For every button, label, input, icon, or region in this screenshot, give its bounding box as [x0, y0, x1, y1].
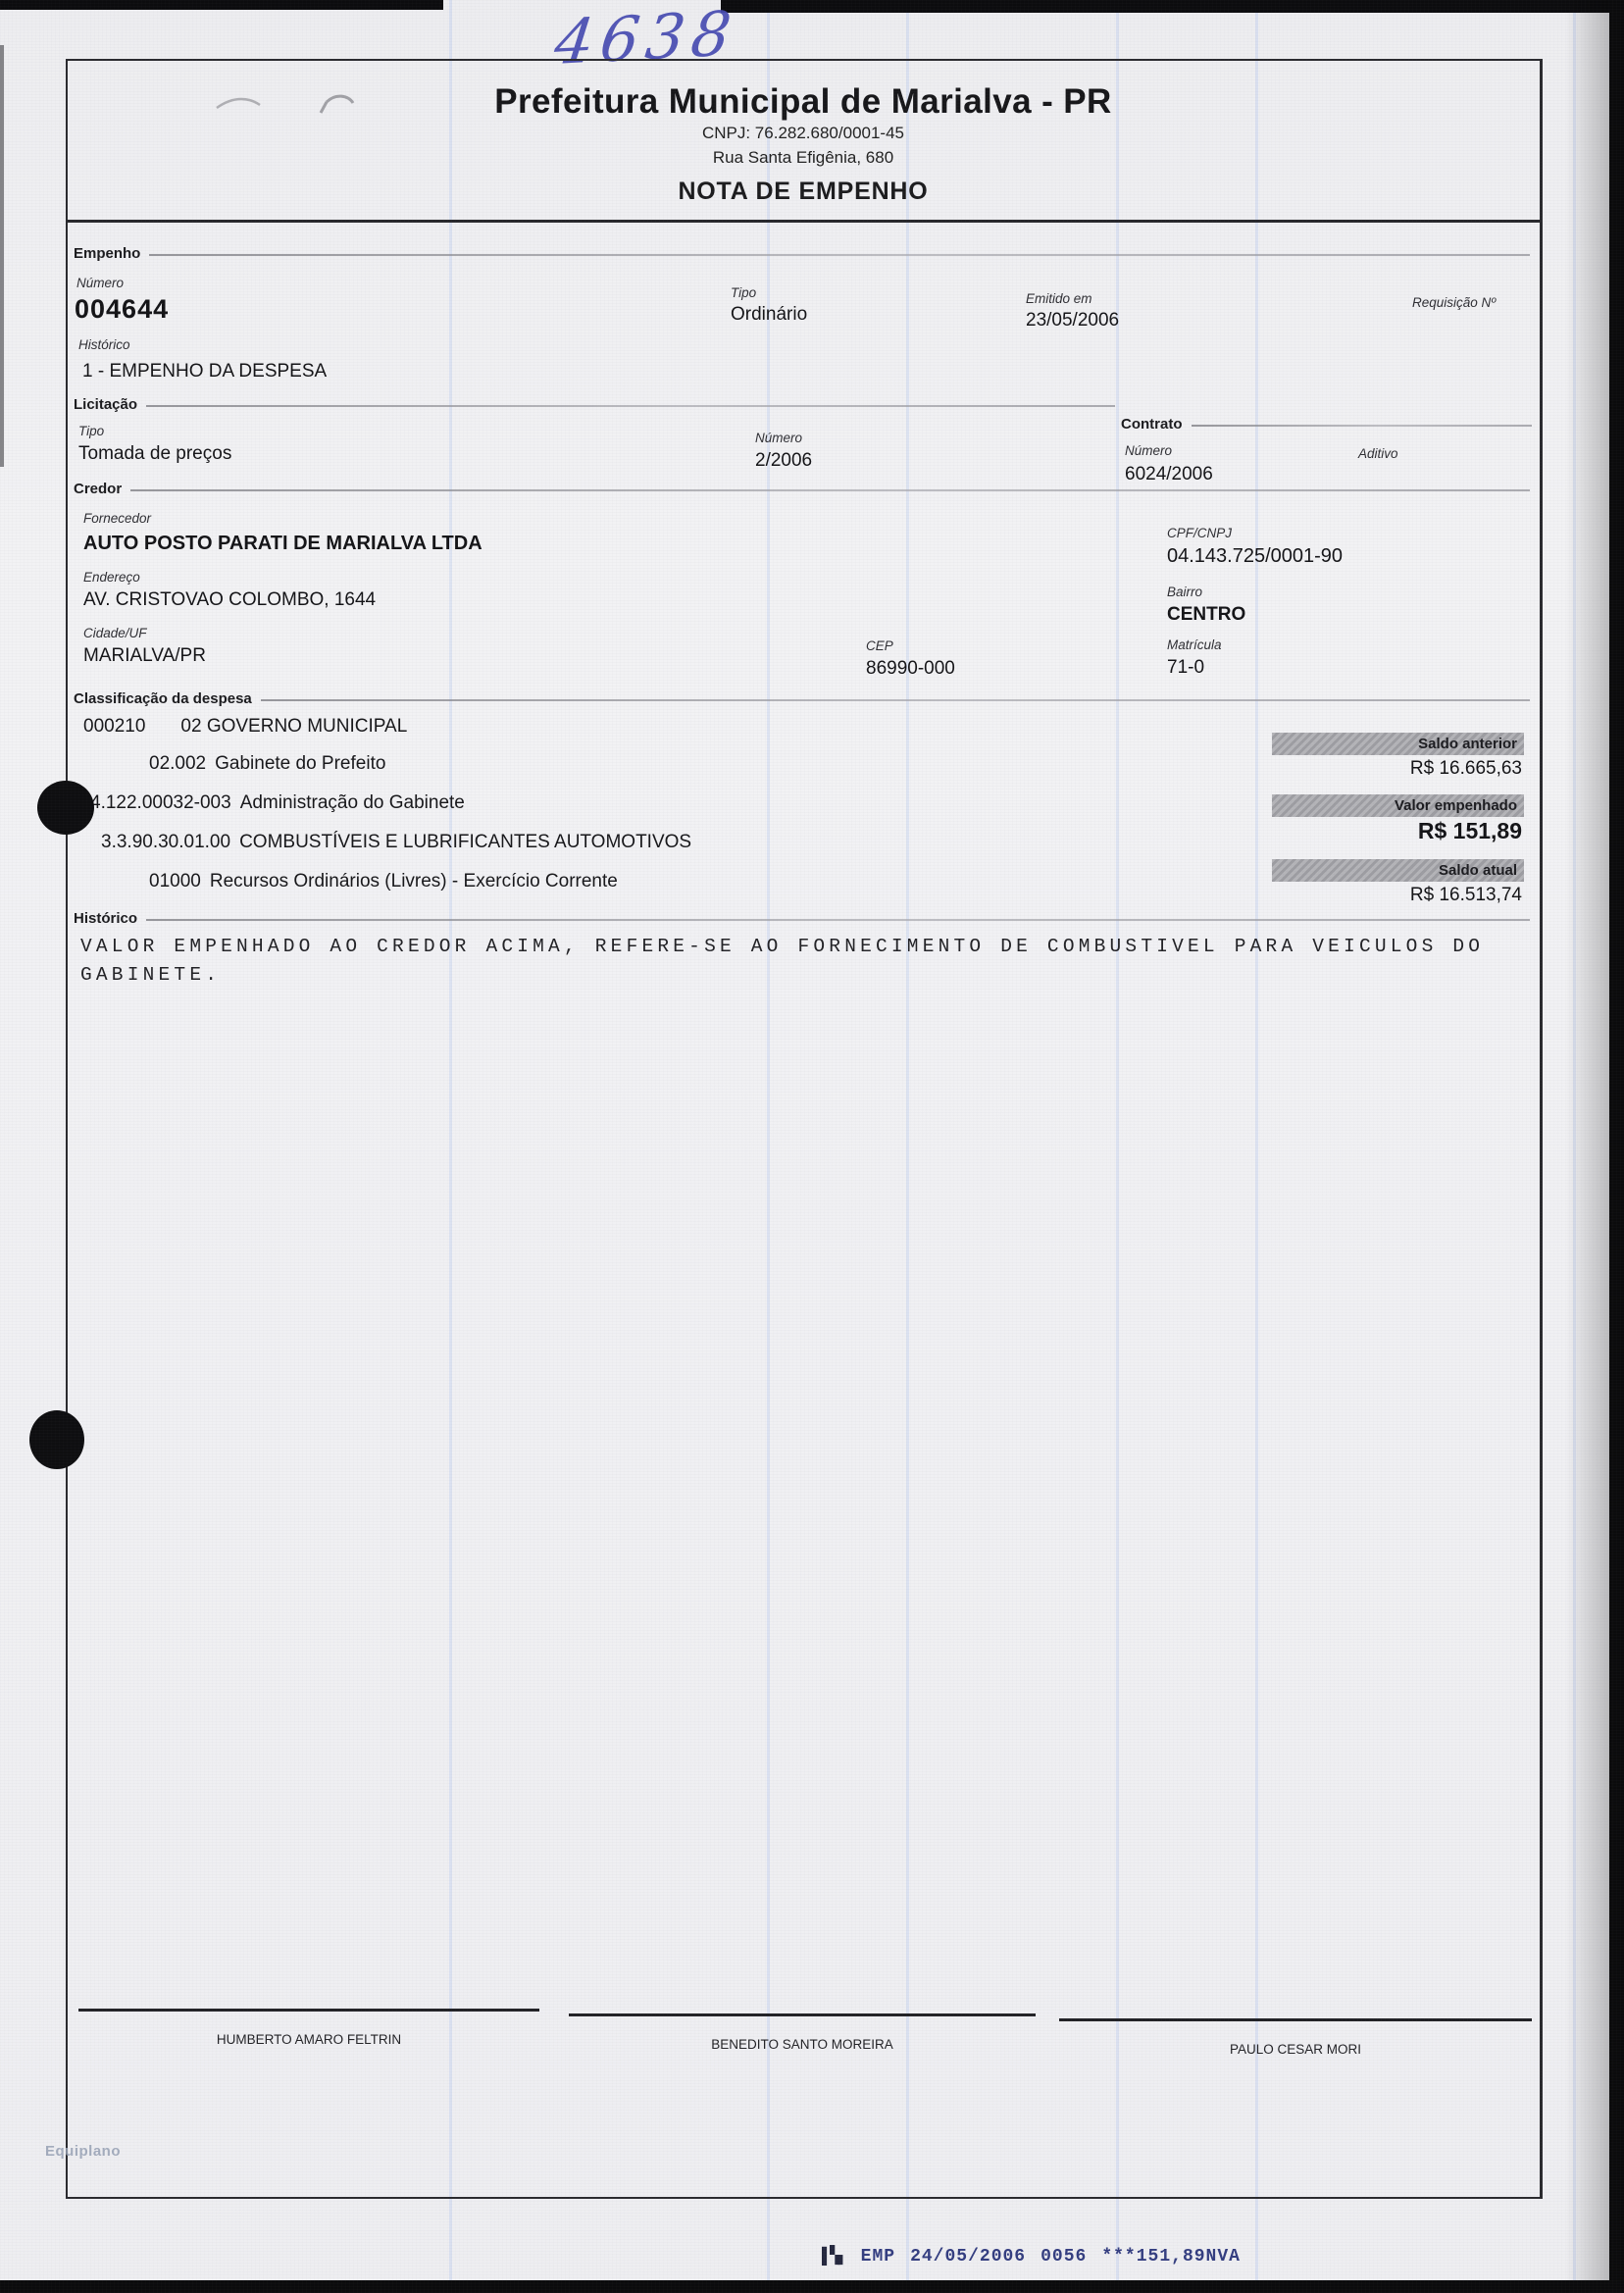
section-rule — [261, 699, 1530, 701]
credor-matricula-label: Matrícula — [1167, 637, 1222, 652]
empenho-emitido-value: 23/05/2006 — [1026, 310, 1119, 331]
licitacao-numero-label: Número — [755, 431, 802, 445]
empenho-emitido-label: Emitido em — [1026, 291, 1092, 306]
saldo-anterior-bar: Saldo anterior — [1272, 733, 1524, 755]
scan-edge-top-right — [721, 0, 1624, 13]
section-rule — [146, 919, 1530, 921]
stamp-logo-mark: ▌▚▖ — [822, 2246, 846, 2267]
scan-edge-left — [0, 45, 4, 467]
scanned-document: 4638 Prefeitura Municipal de Marialva - … — [0, 0, 1624, 2293]
section-classificacao-label: Classificação da despesa — [74, 690, 252, 707]
section-licitacao-label: Licitação — [74, 396, 137, 413]
credor-endereco-value: AV. CRISTOVAO COLOMBO, 1644 — [83, 589, 376, 611]
classificacao-row: 3.3.90.30.01.00COMBUSTÍVEIS E LUBRIFICAN… — [101, 832, 691, 853]
contrato-numero-label: Número — [1125, 443, 1172, 458]
section-empenho-label: Empenho — [74, 245, 140, 262]
credor-bairro-value: CENTRO — [1167, 604, 1245, 626]
stamp-amount: ***151,89NVA — [1101, 2247, 1241, 2267]
credor-cidadeuf-label: Cidade/UF — [83, 626, 147, 640]
classificacao-row: 02.002Gabinete do Prefeito — [149, 753, 385, 775]
credor-matricula-value: 71-0 — [1167, 657, 1204, 679]
credor-bairro-label: Bairro — [1167, 585, 1202, 599]
section-empenho: Empenho — [74, 245, 1530, 262]
section-contrato-label: Contrato — [1121, 416, 1183, 433]
signature-name: BENEDITO SANTO MOREIRA — [569, 2037, 1036, 2052]
section-rule — [1192, 425, 1533, 427]
credor-fornecedor-value: AUTO POSTO PARATI DE MARIALVA LTDA — [83, 533, 482, 555]
credor-cpfcnpj-value: 04.143.725/0001-90 — [1167, 545, 1343, 568]
credor-fornecedor-label: Fornecedor — [83, 511, 151, 526]
licitacao-tipo-label: Tipo — [78, 424, 104, 438]
empenho-historico-value: 1 - EMPENHO DA DESPESA — [82, 361, 327, 382]
header-divider — [66, 220, 1541, 223]
section-historico: Histórico — [74, 910, 1530, 927]
historico-text-line1: VALOR EMPENHADO AO CREDOR ACIMA, REFERE-… — [80, 936, 1484, 957]
scan-edge-right — [1609, 0, 1624, 2293]
stamp-code: 0056 — [1040, 2247, 1087, 2267]
section-licitacao: Licitação — [74, 396, 1115, 413]
credor-cep-label: CEP — [866, 638, 893, 653]
section-rule — [149, 254, 1530, 256]
licitacao-numero-value: 2/2006 — [755, 450, 812, 472]
stamp-date: 24/05/2006 — [910, 2247, 1026, 2267]
classificacao-desc: Administração do Gabinete — [240, 792, 465, 813]
classificacao-row: 01000Recursos Ordinários (Livres) - Exer… — [149, 871, 618, 892]
credor-cep-value: 86990-000 — [866, 658, 955, 680]
empenho-numero-value: 004644 — [75, 294, 169, 325]
scan-edge-bottom — [0, 2280, 1624, 2293]
classificacao-code: 4.122.00032-003 — [90, 792, 231, 813]
credor-cpfcnpj-label: CPF/CNPJ — [1167, 526, 1232, 540]
section-rule — [130, 489, 1530, 491]
classificacao-row: 00021002 GOVERNO MUNICIPAL — [83, 716, 407, 738]
saldo-anterior-value: R$ 16.665,63 — [1410, 758, 1522, 780]
empenho-numero-label: Número — [76, 276, 124, 290]
valor-empenhado-bar: Valor empenhado — [1272, 794, 1524, 817]
equiplano-watermark: Equiplano — [45, 2143, 121, 2160]
validator-stamp: ▌▚▖ EMP 24/05/2006 0056 ***151,89NVA — [822, 2246, 1241, 2267]
section-historico-label: Histórico — [74, 910, 137, 927]
classificacao-code: 01000 — [149, 871, 201, 892]
classificacao-code: 02.002 — [149, 753, 206, 774]
signature-line — [78, 2009, 539, 2012]
scan-edge-top-left — [0, 0, 443, 10]
empenho-historico-label: Histórico — [78, 337, 130, 352]
classificacao-desc: COMBUSTÍVEIS E LUBRIFICANTES AUTOMOTIVOS — [239, 832, 691, 852]
contrato-aditivo-label: Aditivo — [1358, 446, 1398, 461]
stamp-prefix: EMP — [861, 2247, 895, 2267]
classificacao-code: 000210 — [83, 716, 145, 737]
credor-endereco-label: Endereço — [83, 570, 140, 585]
empenho-requisicao-label: Requisição Nº — [1412, 295, 1496, 310]
signature-line — [569, 2013, 1036, 2016]
valor-empenhado-value: R$ 151,89 — [1418, 818, 1522, 844]
punch-hole — [29, 1410, 84, 1469]
signature-name: PAULO CESAR MORI — [1059, 2042, 1532, 2057]
signature-line — [1059, 2018, 1532, 2021]
municipality-cnpj: CNPJ: 76.282.680/0001-45 — [66, 124, 1541, 143]
scan-edge-shadow — [1565, 0, 1609, 2293]
empenho-tipo-label: Tipo — [731, 285, 756, 300]
signature-name: HUMBERTO AMARO FELTRIN — [78, 2032, 539, 2047]
punch-hole — [37, 781, 94, 835]
section-credor: Credor — [74, 481, 1530, 497]
licitacao-tipo-value: Tomada de preços — [78, 443, 231, 465]
municipality-title: Prefeitura Municipal de Marialva - PR — [66, 82, 1541, 122]
section-contrato: Contrato — [1121, 416, 1532, 433]
saldo-atual-bar: Saldo atual — [1272, 859, 1524, 882]
classificacao-desc: Recursos Ordinários (Livres) - Exercício… — [210, 871, 618, 892]
municipality-address: Rua Santa Efigênia, 680 — [66, 148, 1541, 168]
section-classificacao: Classificação da despesa — [74, 690, 1530, 707]
section-rule — [146, 405, 1115, 407]
empenho-tipo-value: Ordinário — [731, 304, 807, 326]
historico-text-line2: GABINETE. — [80, 964, 221, 986]
classificacao-row: 4.122.00032-003Administração do Gabinete — [90, 792, 465, 814]
classificacao-code: 3.3.90.30.01.00 — [101, 832, 230, 852]
classificacao-desc: 02 GOVERNO MUNICIPAL — [180, 716, 407, 737]
credor-cidadeuf-value: MARIALVA/PR — [83, 645, 206, 667]
saldo-atual-value: R$ 16.513,74 — [1410, 885, 1522, 906]
section-credor-label: Credor — [74, 481, 122, 497]
classificacao-desc: Gabinete do Prefeito — [215, 753, 385, 774]
document-title: NOTA DE EMPENHO — [66, 178, 1541, 206]
